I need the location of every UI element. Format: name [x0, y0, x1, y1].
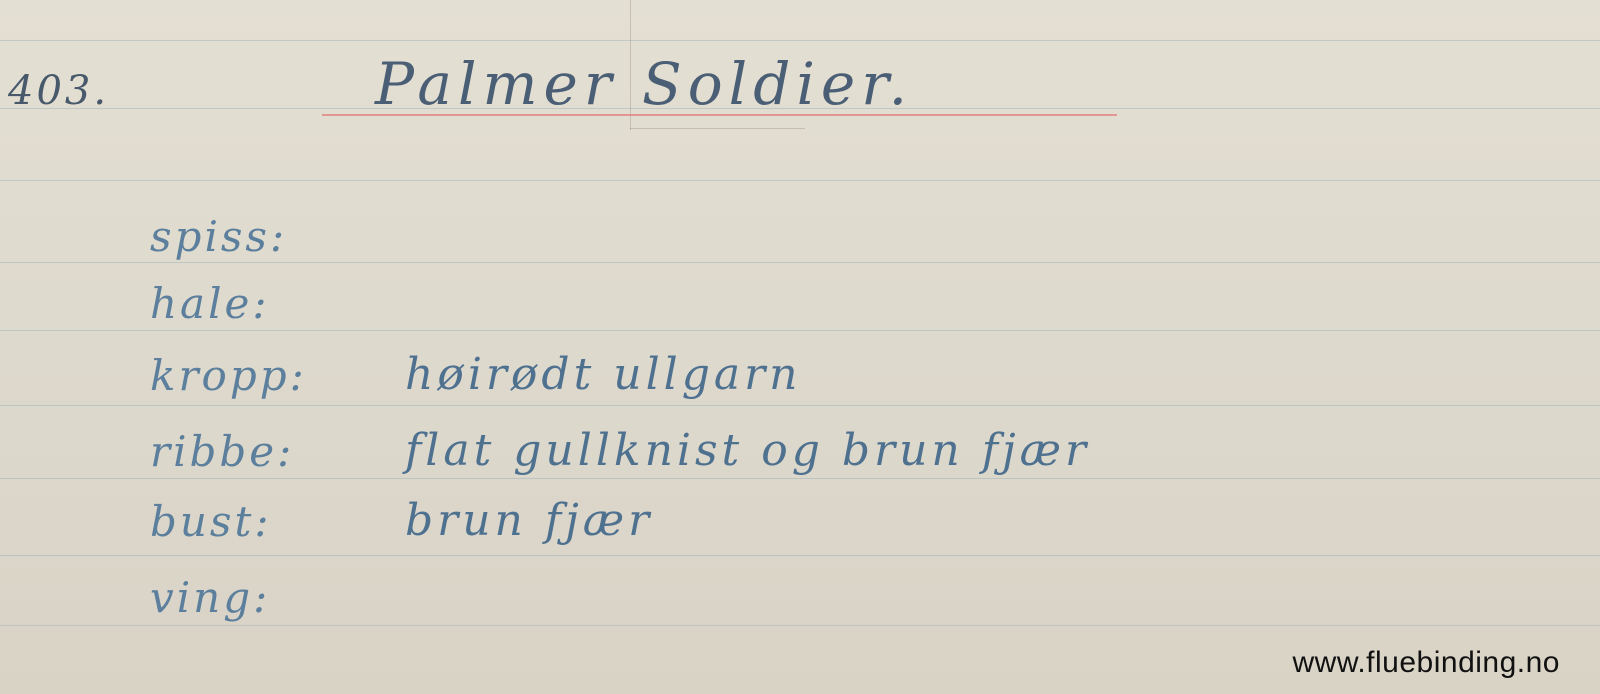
- field-value: brun fjær: [405, 495, 653, 546]
- ruled-line: [0, 405, 1600, 406]
- title-underline: [322, 114, 1117, 116]
- field-label: ribbe:: [150, 427, 405, 476]
- field-row-ribbe: ribbe: flat gullknist og brun fjær: [150, 410, 1090, 476]
- field-row-hale: hale:: [150, 262, 405, 328]
- field-label: bust:: [150, 497, 405, 546]
- field-label: spiss:: [150, 212, 405, 261]
- field-row-spiss: spiss:: [150, 195, 405, 261]
- ruled-line: [0, 478, 1600, 479]
- paper-edge: [630, 128, 805, 129]
- field-value: flat gullknist og brun fjær: [405, 425, 1090, 476]
- ruled-line: [0, 180, 1600, 181]
- ruled-line: [0, 625, 1600, 626]
- ruled-line: [0, 330, 1600, 331]
- field-row-kropp: kropp: høirødt ullgarn: [150, 334, 802, 400]
- field-row-ving: ving:: [150, 556, 405, 622]
- field-value: høirødt ullgarn: [405, 349, 802, 400]
- field-label: ving:: [150, 573, 405, 622]
- field-label: hale:: [150, 279, 405, 328]
- field-label: kropp:: [150, 351, 405, 400]
- notebook-page: 403. Palmer Soldier. spiss: hale: kropp:…: [0, 0, 1600, 694]
- ruled-line: [0, 40, 1600, 41]
- field-row-bust: bust: brun fjær: [150, 480, 653, 546]
- entry-number: 403.: [8, 68, 109, 114]
- watermark-link: www.fluebinding.no: [1292, 646, 1560, 680]
- page-title: Palmer Soldier.: [375, 50, 913, 118]
